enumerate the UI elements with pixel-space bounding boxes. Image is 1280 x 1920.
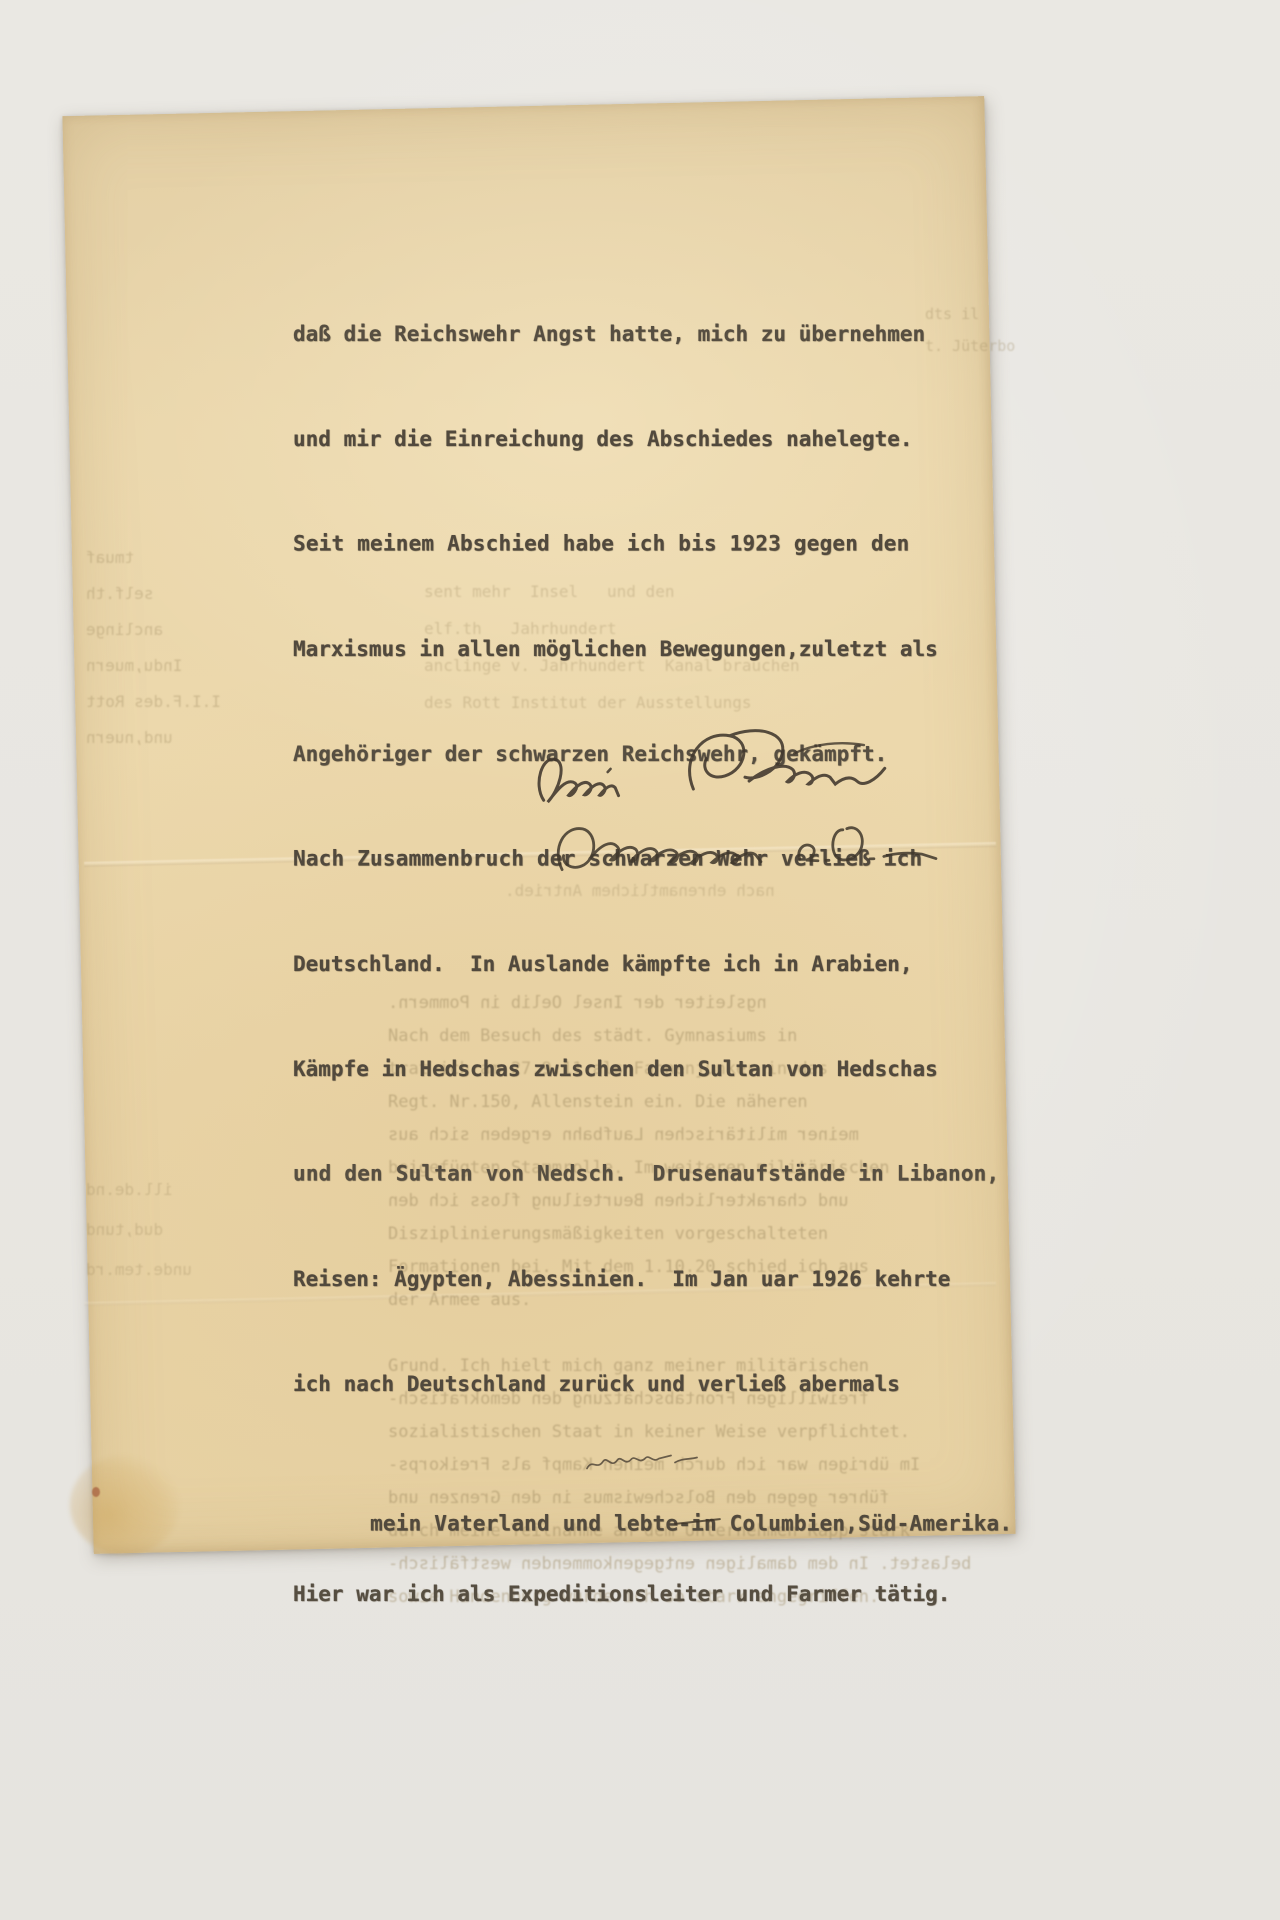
signature-surname-stroke (688, 726, 885, 789)
ghost-line: tmuaf (86, 540, 134, 576)
typed-line: Seit meinem Abschied habe ich bis 1923 g… (293, 527, 1013, 562)
typed-segment-pre: mein Vaterland und lebte (370, 1512, 678, 1536)
signature-first-name-stroke (538, 757, 618, 803)
photograph-background: dts ilt. Jüterbo tmuafself.thanclingeInd… (0, 0, 1280, 1920)
signature-rank-stroke (557, 822, 761, 870)
handwritten-signature: Emil Görth Oberleutnant a.D. (495, 704, 951, 910)
typed-line: Reisen: Ägypten, Abessinien. Im Jan uar … (293, 1262, 1013, 1297)
ghost-line: Indu,muern (86, 648, 182, 684)
bleedthrough-bottom-left-margin: ill.de.nddud,tundunde.tem.rd (86, 1050, 192, 1290)
typed-paragraph: daß die Reichswehr Angst hatte, mich zu … (293, 247, 1013, 1682)
ghost-line: und,nuern (86, 720, 173, 756)
paper-stain (70, 1455, 180, 1555)
ghost-line: I.I.F.des Rott (86, 684, 221, 720)
typed-line: Kämpfe in Hedschas zwischen den Sultan v… (293, 1052, 1013, 1087)
ghost-line: ill.de.nd (86, 1170, 173, 1210)
handwritten-insertion-scribble (583, 1451, 703, 1477)
ghost-line: self.th (86, 576, 153, 612)
typed-line: Marxismus in allen möglichen Bewegungen,… (293, 632, 1013, 667)
signature-cross-stroke (794, 742, 864, 753)
typed-line: Hier war ich als Expeditionsleiter und F… (293, 1577, 1013, 1612)
typed-line: ich nach Deutschland zurück und verließ … (293, 1367, 1013, 1402)
bleedthrough-left-margin: tmuafself.thanclingeIndu,muernI.I.F.des … (86, 432, 221, 756)
typed-segment-post: Columbien,Süd-Amerika. (717, 1512, 1012, 1536)
ghost-line: unde.tem.rd (86, 1250, 192, 1290)
ghost-line: dud,tund (86, 1210, 163, 1250)
ghost-line: anclinge (86, 612, 163, 648)
typed-line: Deutschland. In Auslande kämpfte ich in … (293, 947, 1013, 982)
signature-rank-abbrev-stroke (798, 825, 936, 864)
paper-stain-dot (92, 1487, 100, 1497)
typed-line: und mir die Einreichung des Abschiedes n… (293, 422, 1013, 457)
typed-line-with-correction: mein Vaterland und lebte-in Columbien,Sü… (293, 1472, 1013, 1507)
strikethrough-word: -in (678, 1507, 717, 1542)
signature-i-dot (608, 769, 611, 772)
typed-line: daß die Reichswehr Angst hatte, mich zu … (293, 317, 1013, 352)
typed-line: und den Sultan von Nedsch. Drusenaufstän… (293, 1157, 1013, 1192)
